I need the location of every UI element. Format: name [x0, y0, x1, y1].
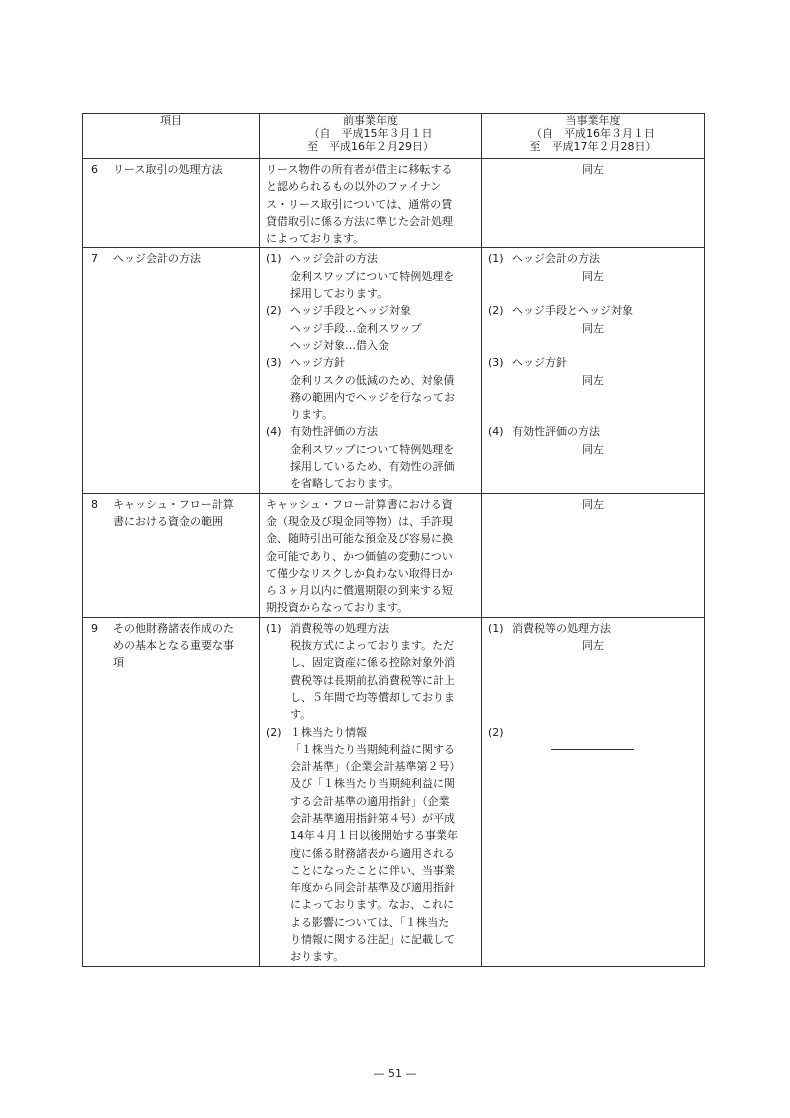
table-row-cash-flow: 8 キャッシュ・フロー計算 書における資金の範囲 キャッシュ・フロー計算書におけ… [83, 493, 705, 617]
header-item: 項目 [83, 114, 260, 159]
item-label: 6 リース取引の処理方法 [83, 159, 259, 178]
prev-year-text: キャッシュ・フロー計算書における資 金（現金及び現金同等物）は、手許現 金、随時… [260, 494, 481, 617]
not-applicable-rule [551, 749, 634, 750]
curr-year-to: 至 平成17年２月28日） [482, 140, 704, 153]
prev-year-title: 前事業年度 [260, 114, 481, 127]
item-label: 8 キャッシュ・フロー計算 書における資金の範囲 [83, 494, 259, 531]
prev-year-text: (1)ヘッジ会計の方法 金利スワップについて特例処理を 採用しております。 (2… [260, 248, 481, 492]
table-row-other: 9 その他財務諸表作成のた めの基本となる重要な事 項 (1)消費税等の処理方法… [83, 617, 705, 966]
item-label: 7 ヘッジ会計の方法 [83, 248, 259, 267]
curr-year-from: （自 平成16年３月１日 [482, 127, 704, 140]
item-label: 9 その他財務諸表作成のた めの基本となる重要な事 項 [83, 618, 259, 672]
table-header-row: 項目 前事業年度 （自 平成15年３月１日 至 平成16年２月29日） 当事業年… [83, 114, 705, 159]
page-number: — 51 — [0, 1067, 790, 1080]
accounting-policy-table: 項目 前事業年度 （自 平成15年３月１日 至 平成16年２月29日） 当事業年… [82, 113, 705, 967]
prev-year-text: リース物件の所有者が借主に移転する と認められるもの以外のファイナン ス・リース… [260, 159, 481, 247]
prev-year-text: (1)消費税等の処理方法 税抜方式によっております。ただ し、固定資産に係る控除… [260, 618, 481, 966]
header-prev-year: 前事業年度 （自 平成15年３月１日 至 平成16年２月29日） [260, 114, 482, 159]
curr-year-text: (1)ヘッジ会計の方法 同左 (2)ヘッジ手段とヘッジ対象 同左 (3)ヘッジ方… [482, 248, 704, 458]
curr-year-text: (1)消費税等の処理方法 同左 (2) [482, 618, 704, 750]
curr-year-text: 同左 [482, 159, 704, 178]
document-page: 項目 前事業年度 （自 平成15年３月１日 至 平成16年２月29日） 当事業年… [0, 0, 790, 1118]
header-curr-year: 当事業年度 （自 平成16年３月１日 至 平成17年２月28日） [482, 114, 705, 159]
table-row-lease: 6 リース取引の処理方法 リース物件の所有者が借主に移転する と認められるもの以… [83, 159, 705, 248]
curr-year-text: 同左 [482, 494, 704, 513]
prev-year-to: 至 平成16年２月29日） [260, 140, 481, 153]
prev-year-from: （自 平成15年３月１日 [260, 127, 481, 140]
table-row-hedge: 7 ヘッジ会計の方法 (1)ヘッジ会計の方法 金利スワップについて特例処理を 採… [83, 248, 705, 493]
curr-year-title: 当事業年度 [482, 114, 704, 127]
